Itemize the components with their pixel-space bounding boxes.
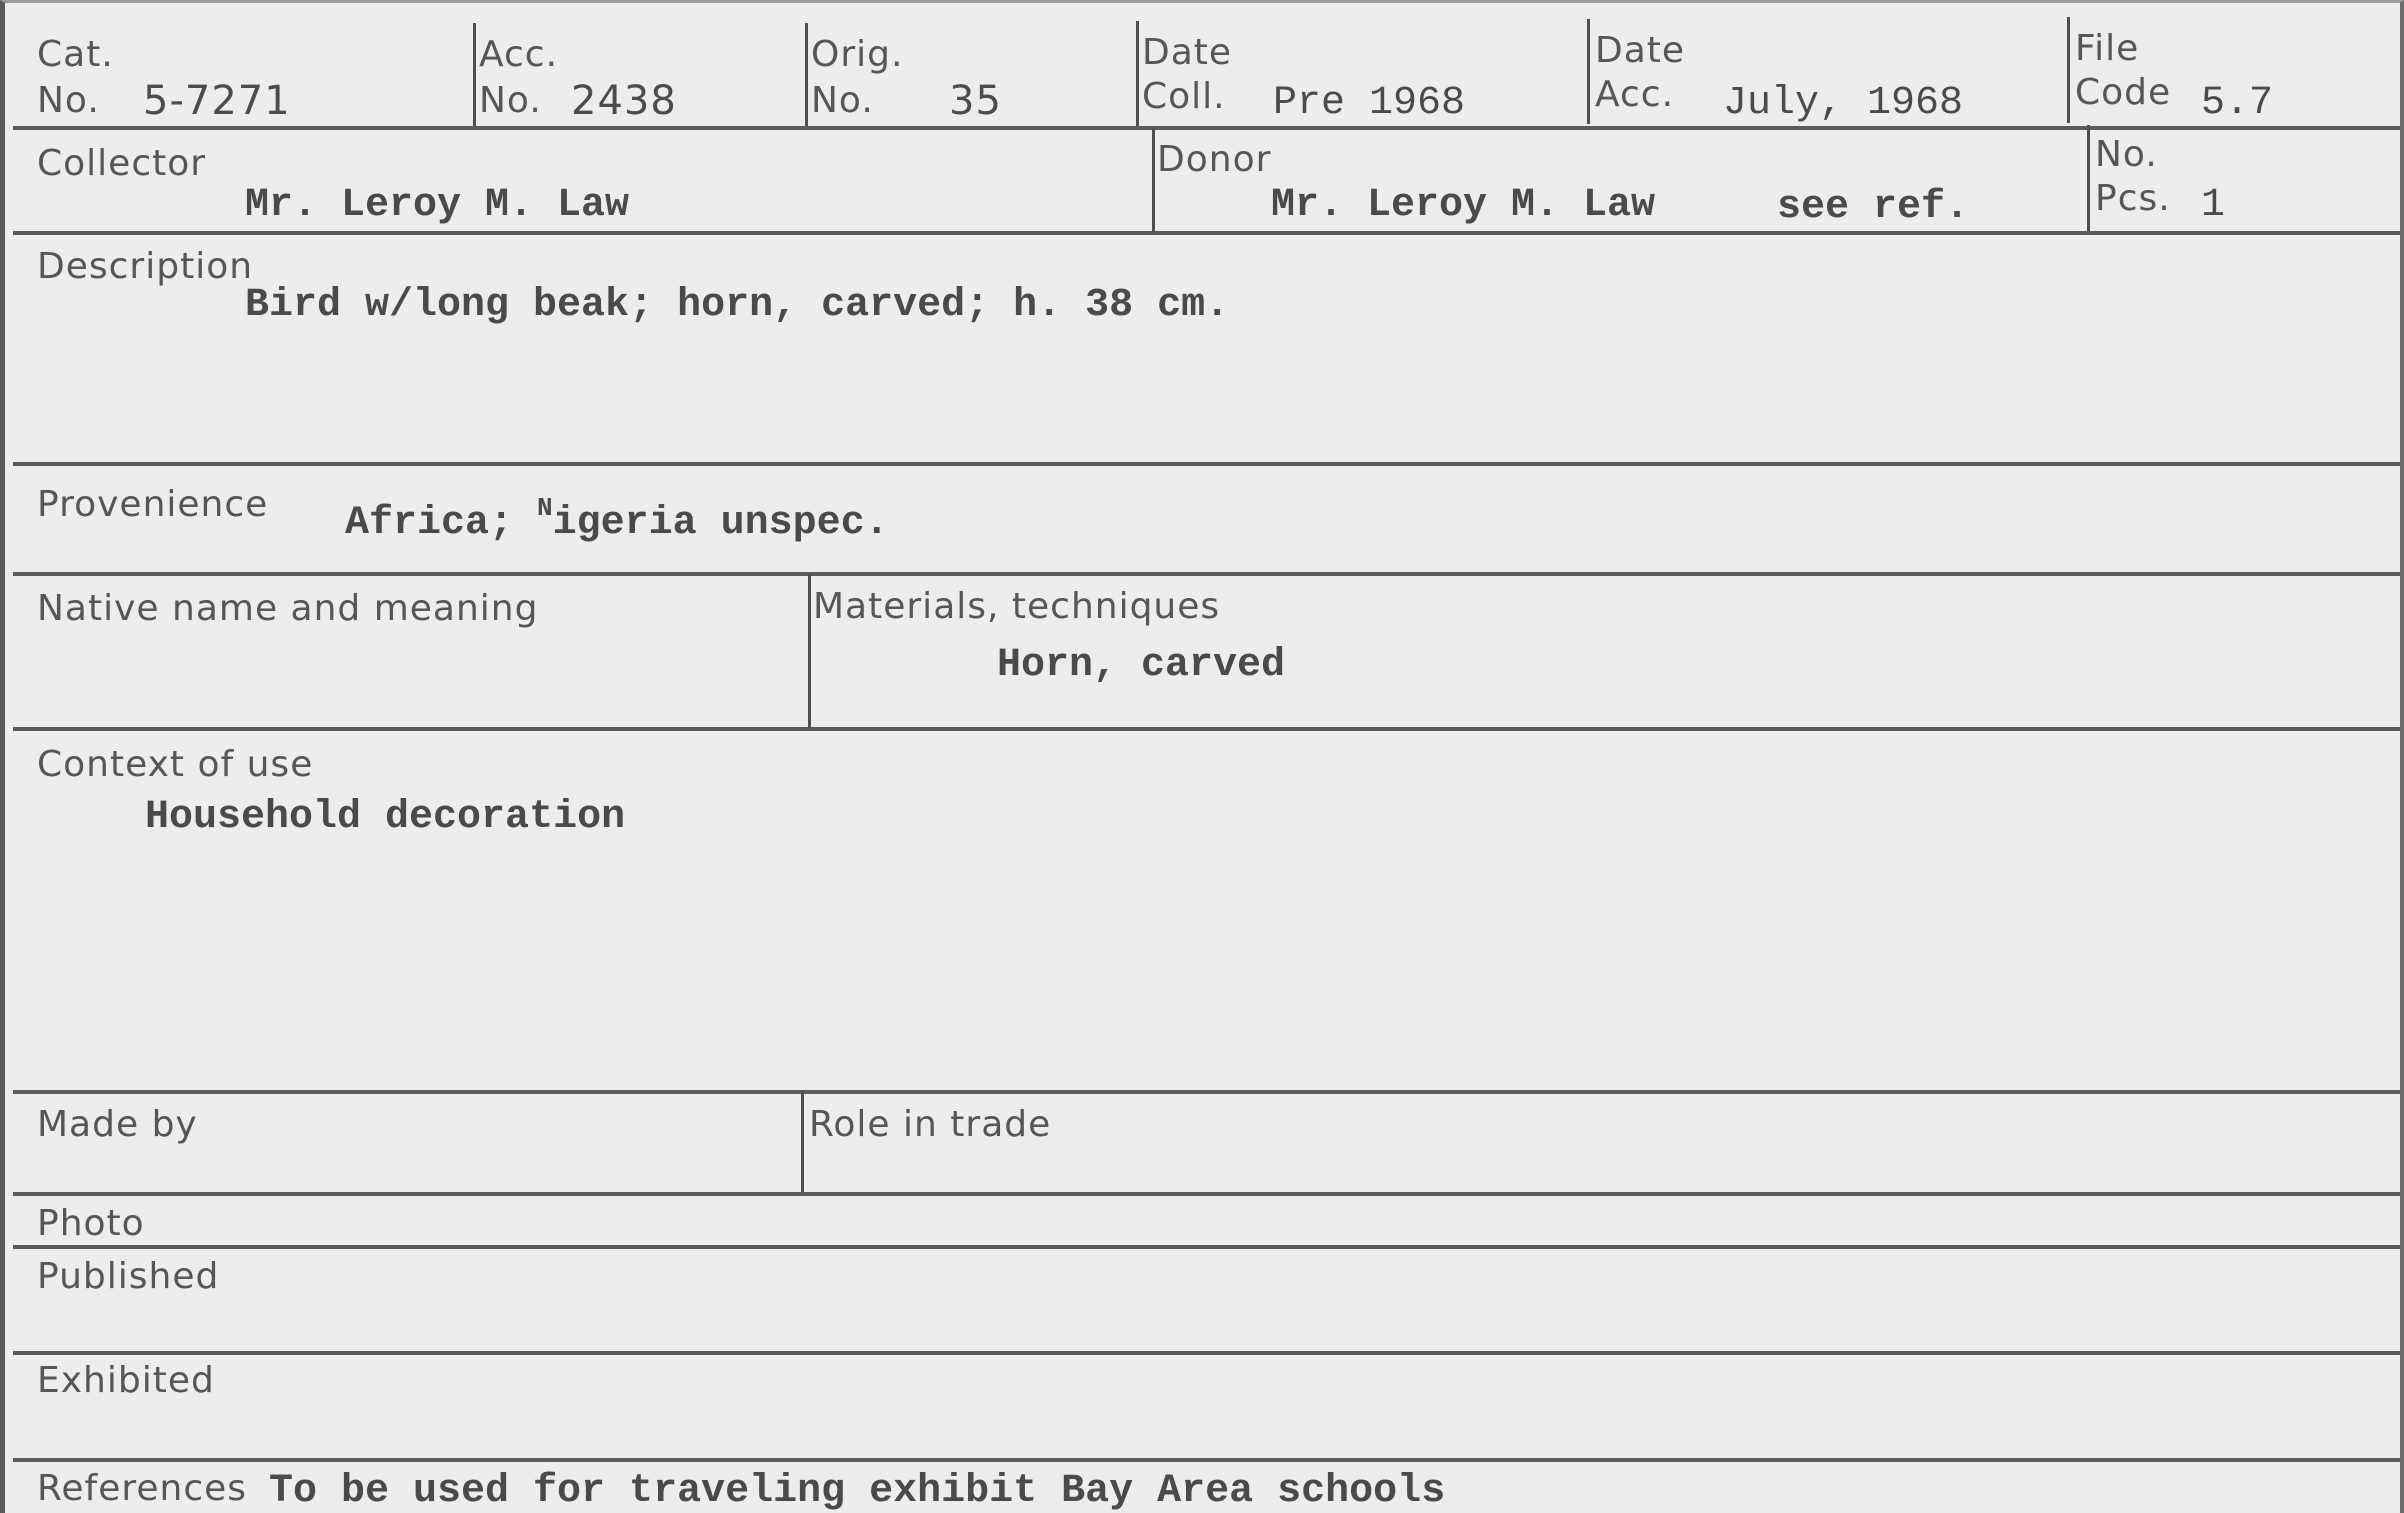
cat-no-value: 5-7271 <box>143 79 291 123</box>
acc-no-value: 2438 <box>571 79 677 123</box>
date-coll-label-2: Coll. <box>1142 75 1226 119</box>
context-label: Context of use <box>37 743 313 787</box>
divider <box>2087 125 2090 231</box>
divider <box>1136 21 1139 126</box>
donor-note: see ref. <box>1777 185 1969 231</box>
divider <box>808 574 811 729</box>
row-divider <box>13 1458 2400 1462</box>
references-value: To be used for traveling exhibit Bay Are… <box>269 1469 1445 1513</box>
role-in-trade-label: Role in trade <box>809 1103 1051 1147</box>
materials-value: Horn, carved <box>997 643 1285 689</box>
date-coll-value: Pre 1968 <box>1273 81 1465 127</box>
row-divider <box>13 1192 2400 1196</box>
file-code-label-2: Code <box>2075 71 2171 115</box>
date-acc-value: July, 1968 <box>1723 81 1963 127</box>
acc-no-label-2: No. <box>479 79 542 123</box>
native-name-label: Native name and meaning <box>37 587 538 631</box>
collector-value: Mr. Leroy M. Law <box>245 183 629 229</box>
cat-no-label-2: No. <box>37 79 100 123</box>
divider <box>1152 128 1155 233</box>
made-by-label: Made by <box>37 1103 198 1147</box>
row-divider <box>13 727 2400 731</box>
no-pcs-value: 1 <box>2201 183 2225 229</box>
divider <box>473 23 476 128</box>
materials-label: Materials, techniques <box>813 585 1220 629</box>
catalog-card: Cat. No. 5-7271 Acc. No. 2438 Orig. No. … <box>0 0 2404 1513</box>
date-acc-label-1: Date <box>1595 29 1685 73</box>
provenience-label: Provenience <box>37 483 268 527</box>
row-divider <box>13 572 2400 576</box>
row-divider <box>13 1090 2400 1094</box>
references-label: References <box>37 1467 247 1511</box>
collector-label: Collector <box>37 142 206 186</box>
exhibited-label: Exhibited <box>37 1359 215 1403</box>
row-divider <box>13 1351 2400 1355</box>
donor-value: Mr. Leroy M. Law <box>1271 183 1655 229</box>
provenience-rest: igeria unspec. <box>553 501 889 546</box>
date-coll-label-1: Date <box>1142 31 1232 75</box>
row-divider <box>13 462 2400 466</box>
no-pcs-label-1: No. <box>2095 133 2158 177</box>
file-code-value: 5.7 <box>2201 81 2273 127</box>
orig-no-label-1: Orig. <box>811 33 903 77</box>
divider <box>1587 19 1590 124</box>
donor-label: Donor <box>1157 138 1271 182</box>
row-divider <box>13 1245 2400 1249</box>
row-divider <box>13 126 2400 130</box>
acc-no-label-1: Acc. <box>479 33 558 77</box>
provenience-prefix: Africa; <box>345 501 537 546</box>
divider <box>2067 17 2070 123</box>
context-value: Household decoration <box>145 795 625 841</box>
file-code-label-1: File <box>2075 27 2139 71</box>
divider <box>805 23 808 128</box>
date-acc-label-2: Acc. <box>1595 73 1674 117</box>
no-pcs-label-2: Pcs. <box>2095 177 2171 221</box>
divider <box>801 1092 804 1193</box>
orig-no-value: 35 <box>949 79 1002 123</box>
row-divider <box>13 231 2400 235</box>
photo-label: Photo <box>37 1202 145 1246</box>
cat-no-label-1: Cat. <box>37 33 114 77</box>
description-label: Description <box>37 245 253 289</box>
provenience-value: Africa; Nigeria unspec. <box>345 485 889 547</box>
published-label: Published <box>37 1255 219 1299</box>
provenience-sup: N <box>537 493 553 523</box>
orig-no-label-2: No. <box>811 79 874 123</box>
description-value: Bird w/long beak; horn, carved; h. 38 cm… <box>245 283 1229 329</box>
